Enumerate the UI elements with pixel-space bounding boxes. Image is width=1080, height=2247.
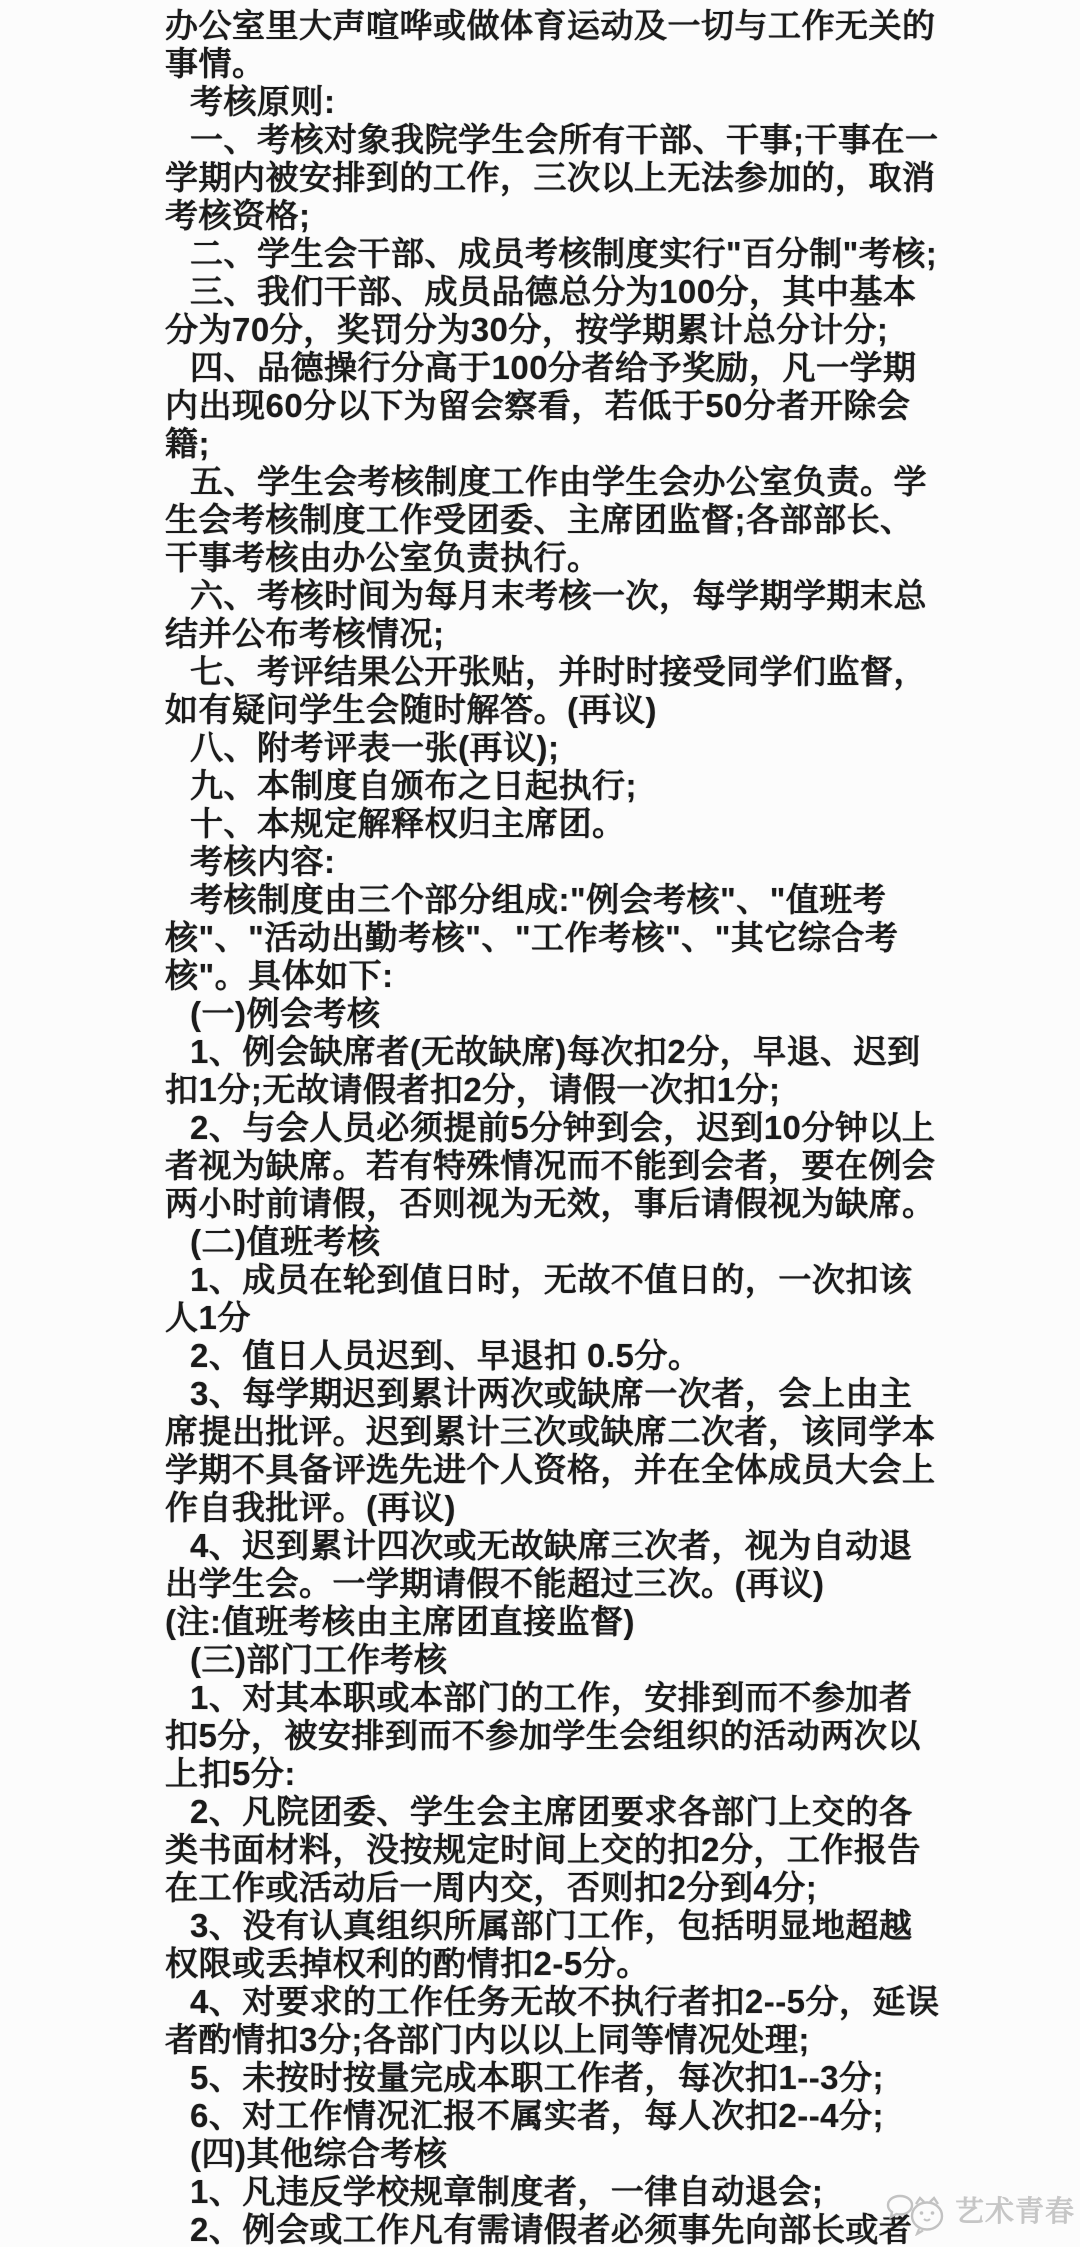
- text-line: 考核资格;: [165, 197, 1025, 235]
- text-line: 权限或丢掉权利的酌情扣2-5分。: [165, 1945, 1025, 1983]
- text-line: 4、迟到累计四次或无故缺席三次者，视为自动退: [165, 1527, 1025, 1565]
- text-line: 3、没有认真组织所属部门工作，包括明显地超越: [165, 1907, 1025, 1945]
- text-line: 出学生会。一学期请假不能超过三次。(再议): [165, 1565, 1025, 1603]
- text-line: 二、学生会干部、成员考核制度实行"百分制"考核;: [165, 235, 1025, 273]
- text-line: 干事考核由办公室负责执行。: [165, 539, 1025, 577]
- text-line: 作自我批评。(再议): [165, 1489, 1025, 1527]
- text-line: 考核内容:: [165, 843, 1025, 881]
- text-line: 4、对要求的工作任务无故不执行者扣2--5分，延误: [165, 1983, 1025, 2021]
- text-line: 2、与会人员必须提前5分钟到会，迟到10分钟以上: [165, 1109, 1025, 1147]
- text-line: (四)其他综合考核: [165, 2135, 1025, 2173]
- text-line: 考核原则:: [165, 83, 1025, 121]
- text-line: 十、本规定解释权归主席团。: [165, 805, 1025, 843]
- text-line: 核"、"活动出勤考核"、"工作考核"、"其它综合考: [165, 919, 1025, 957]
- text-line: 内出现60分以下为留会察看，若低于50分者开除会: [165, 387, 1025, 425]
- text-line: 1、成员在轮到值日时，无故不值日的，一次扣该: [165, 1261, 1025, 1299]
- text-line: (三)部门工作考核: [165, 1641, 1025, 1679]
- text-line: 九、本制度自颁布之日起执行;: [165, 767, 1025, 805]
- text-line: 上扣5分:: [165, 1755, 1025, 1793]
- text-line: 八、附考评表一张(再议);: [165, 729, 1025, 767]
- text-line: 如有疑问学生会随时解答。(再议): [165, 691, 1025, 729]
- text-line: 结并公布考核情况;: [165, 615, 1025, 653]
- text-line: 籍;: [165, 425, 1025, 463]
- text-line: 两小时前请假，否则视为无效，事后请假视为缺席。: [165, 1185, 1025, 1223]
- text-line: 三、我们干部、成员品德总分为100分，其中基本: [165, 273, 1025, 311]
- text-line: 1、例会缺席者(无故缺席)每次扣2分，早退、迟到: [165, 1033, 1025, 1071]
- text-line: 扣1分;无故请假者扣2分，请假一次扣1分;: [165, 1071, 1025, 1109]
- chat-bubbles-icon: [886, 2188, 948, 2236]
- text-line: (二)值班考核: [165, 1223, 1025, 1261]
- text-line: 办公室里大声喧哗或做体育运动及一切与工作无关的: [165, 7, 1025, 45]
- text-line: 2、值日人员迟到、早退扣 0.5分。: [165, 1337, 1025, 1375]
- text-line: 在工作或活动后一周内交，否则扣2分到4分;: [165, 1869, 1025, 1907]
- text-line: 事情。: [165, 45, 1025, 83]
- text-line: 席提出批评。迟到累计三次或缺席二次者，该同学本: [165, 1413, 1025, 1451]
- watermark: 艺术青春: [886, 2188, 1075, 2236]
- text-line: 者视为缺席。若有特殊情况而不能到会者，要在例会: [165, 1147, 1025, 1185]
- text-line: 3、每学期迟到累计两次或缺席一次者，会上由主: [165, 1375, 1025, 1413]
- text-line: (注:值班考核由主席团直接监督): [165, 1603, 1025, 1641]
- text-line: 考核制度由三个部分组成:"例会考核"、"值班考: [165, 881, 1025, 919]
- text-line: 5、未按时按量完成本职工作者，每次扣1--3分;: [165, 2059, 1025, 2097]
- watermark-label: 艺术青春: [955, 2188, 1075, 2236]
- text-line: 1、对其本职或本部门的工作，安排到而不参加者: [165, 1679, 1025, 1717]
- text-line: 6、对工作情况汇报不属实者，每人次扣2--4分;: [165, 2097, 1025, 2135]
- text-line: 四、品德操行分高于100分者给予奖励，凡一学期: [165, 349, 1025, 387]
- text-line: 者酌情扣3分;各部门内以以上同等情况处理;: [165, 2021, 1025, 2059]
- text-line: 2、凡院团委、学生会主席团要求各部门上交的各: [165, 1793, 1025, 1831]
- text-line: 一、考核对象我院学生会所有干部、干事;干事在一: [165, 121, 1025, 159]
- text-line: 七、考评结果公开张贴，并时时接受同学们监督，: [165, 653, 1025, 691]
- text-line: (一)例会考核: [165, 995, 1025, 1033]
- text-line: 学期内被安排到的工作，三次以上无法参加的，取消: [165, 159, 1025, 197]
- text-line: 六、考核时间为每月末考核一次，每学期学期末总: [165, 577, 1025, 615]
- text-line: 五、学生会考核制度工作由学生会办公室负责。学: [165, 463, 1025, 501]
- text-line: 核"。具体如下:: [165, 957, 1025, 995]
- text-line: 人1分: [165, 1299, 1025, 1337]
- text-line: 生会考核制度工作受团委、主席团监督;各部部长、: [165, 501, 1025, 539]
- text-line: 类书面材料，没按规定时间上交的扣2分，工作报告: [165, 1831, 1025, 1869]
- text-line: 扣5分，被安排到而不参加学生会组织的活动两次以: [165, 1717, 1025, 1755]
- document-text-block: 办公室里大声喧哗或做体育运动及一切与工作无关的事情。考核原则:一、考核对象我院学…: [165, 7, 1025, 2247]
- text-line: 分为70分，奖罚分为30分，按学期累计总分计分;: [165, 311, 1025, 349]
- text-line: 学期不具备评选先进个人资格，并在全体成员大会上: [165, 1451, 1025, 1489]
